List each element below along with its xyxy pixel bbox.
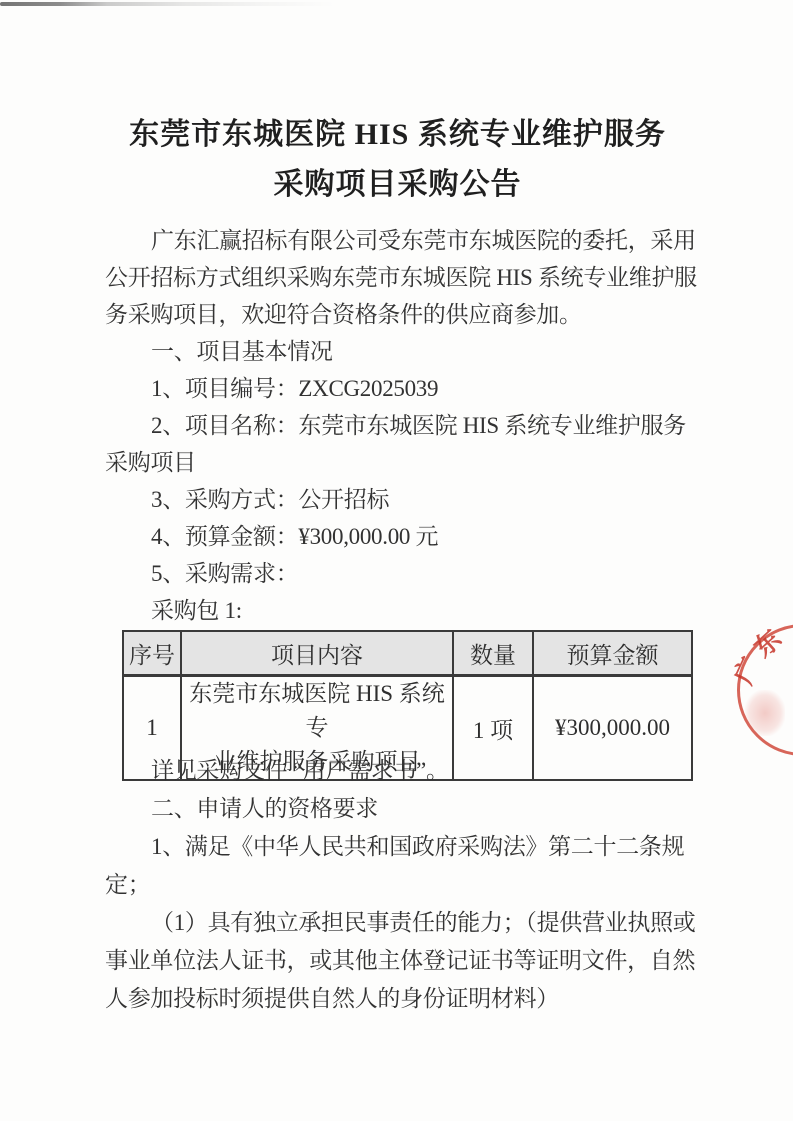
document-page: 东莞市东城医院 HIS 系统专业维护服务 采购项目采购公告 广东汇赢招标有限公司…	[0, 0, 793, 1121]
document-title: 东莞市东城医院 HIS 系统专业维护服务 采购项目采购公告	[105, 110, 690, 210]
requirement-paragraph-1: 1、满足《中华人民共和国政府采购法》第二十二条规 定；	[105, 828, 725, 904]
section-heading-project-info: 一、项目基本情况	[105, 333, 725, 370]
item-project-name: 2、项目名称：东莞市东城医院 HIS 系统专业维护服务 采购项目	[105, 407, 725, 481]
item-project-number: 1、项目编号：ZXCG2025039	[105, 370, 725, 407]
red-company-seal: 东 广	[737, 624, 793, 756]
item-procurement-method: 3、采购方式：公开招标	[105, 481, 725, 518]
table-note: 详见采购文件 “用户需求书”。	[105, 752, 725, 790]
title-line-1: 东莞市东城医院 HIS 系统专业维护服务	[105, 110, 690, 160]
header-cell-content: 项目内容	[181, 631, 453, 676]
scan-smudge-artifact	[0, 2, 335, 6]
item-procurement-demand: 5、采购需求：	[105, 555, 725, 592]
title-line-2: 采购项目采购公告	[105, 160, 690, 210]
intro-paragraph: 广东汇赢招标有限公司受东莞市东城医院的委托，采用 公开招标方式组织采购东莞市东城…	[105, 222, 725, 333]
package-label: 采购包 1:	[105, 592, 725, 629]
header-cell-budget: 预算金额	[533, 631, 692, 676]
seal-ink-speckle	[745, 690, 785, 736]
header-cell-qty: 数量	[453, 631, 533, 676]
item-budget-amount: 4、预算金额：¥300,000.00 元	[105, 518, 725, 555]
body-section-1: 广东汇赢招标有限公司受东莞市东城医院的委托，采用 公开招标方式组织采购东莞市东城…	[105, 222, 725, 629]
body-section-2: 详见采购文件 “用户需求书”。 二、申请人的资格要求 1、满足《中华人民共和国政…	[105, 752, 725, 1018]
header-cell-no: 序号	[123, 631, 181, 676]
table-header-row: 序号 项目内容 数量 预算金额	[123, 631, 692, 676]
section-heading-qualifications: 二、申请人的资格要求	[105, 790, 725, 828]
requirement-paragraph-1-1: （1）具有独立承担民事责任的能力；（提供营业执照或 事业单位法人证书，或其他主体…	[105, 904, 725, 1018]
